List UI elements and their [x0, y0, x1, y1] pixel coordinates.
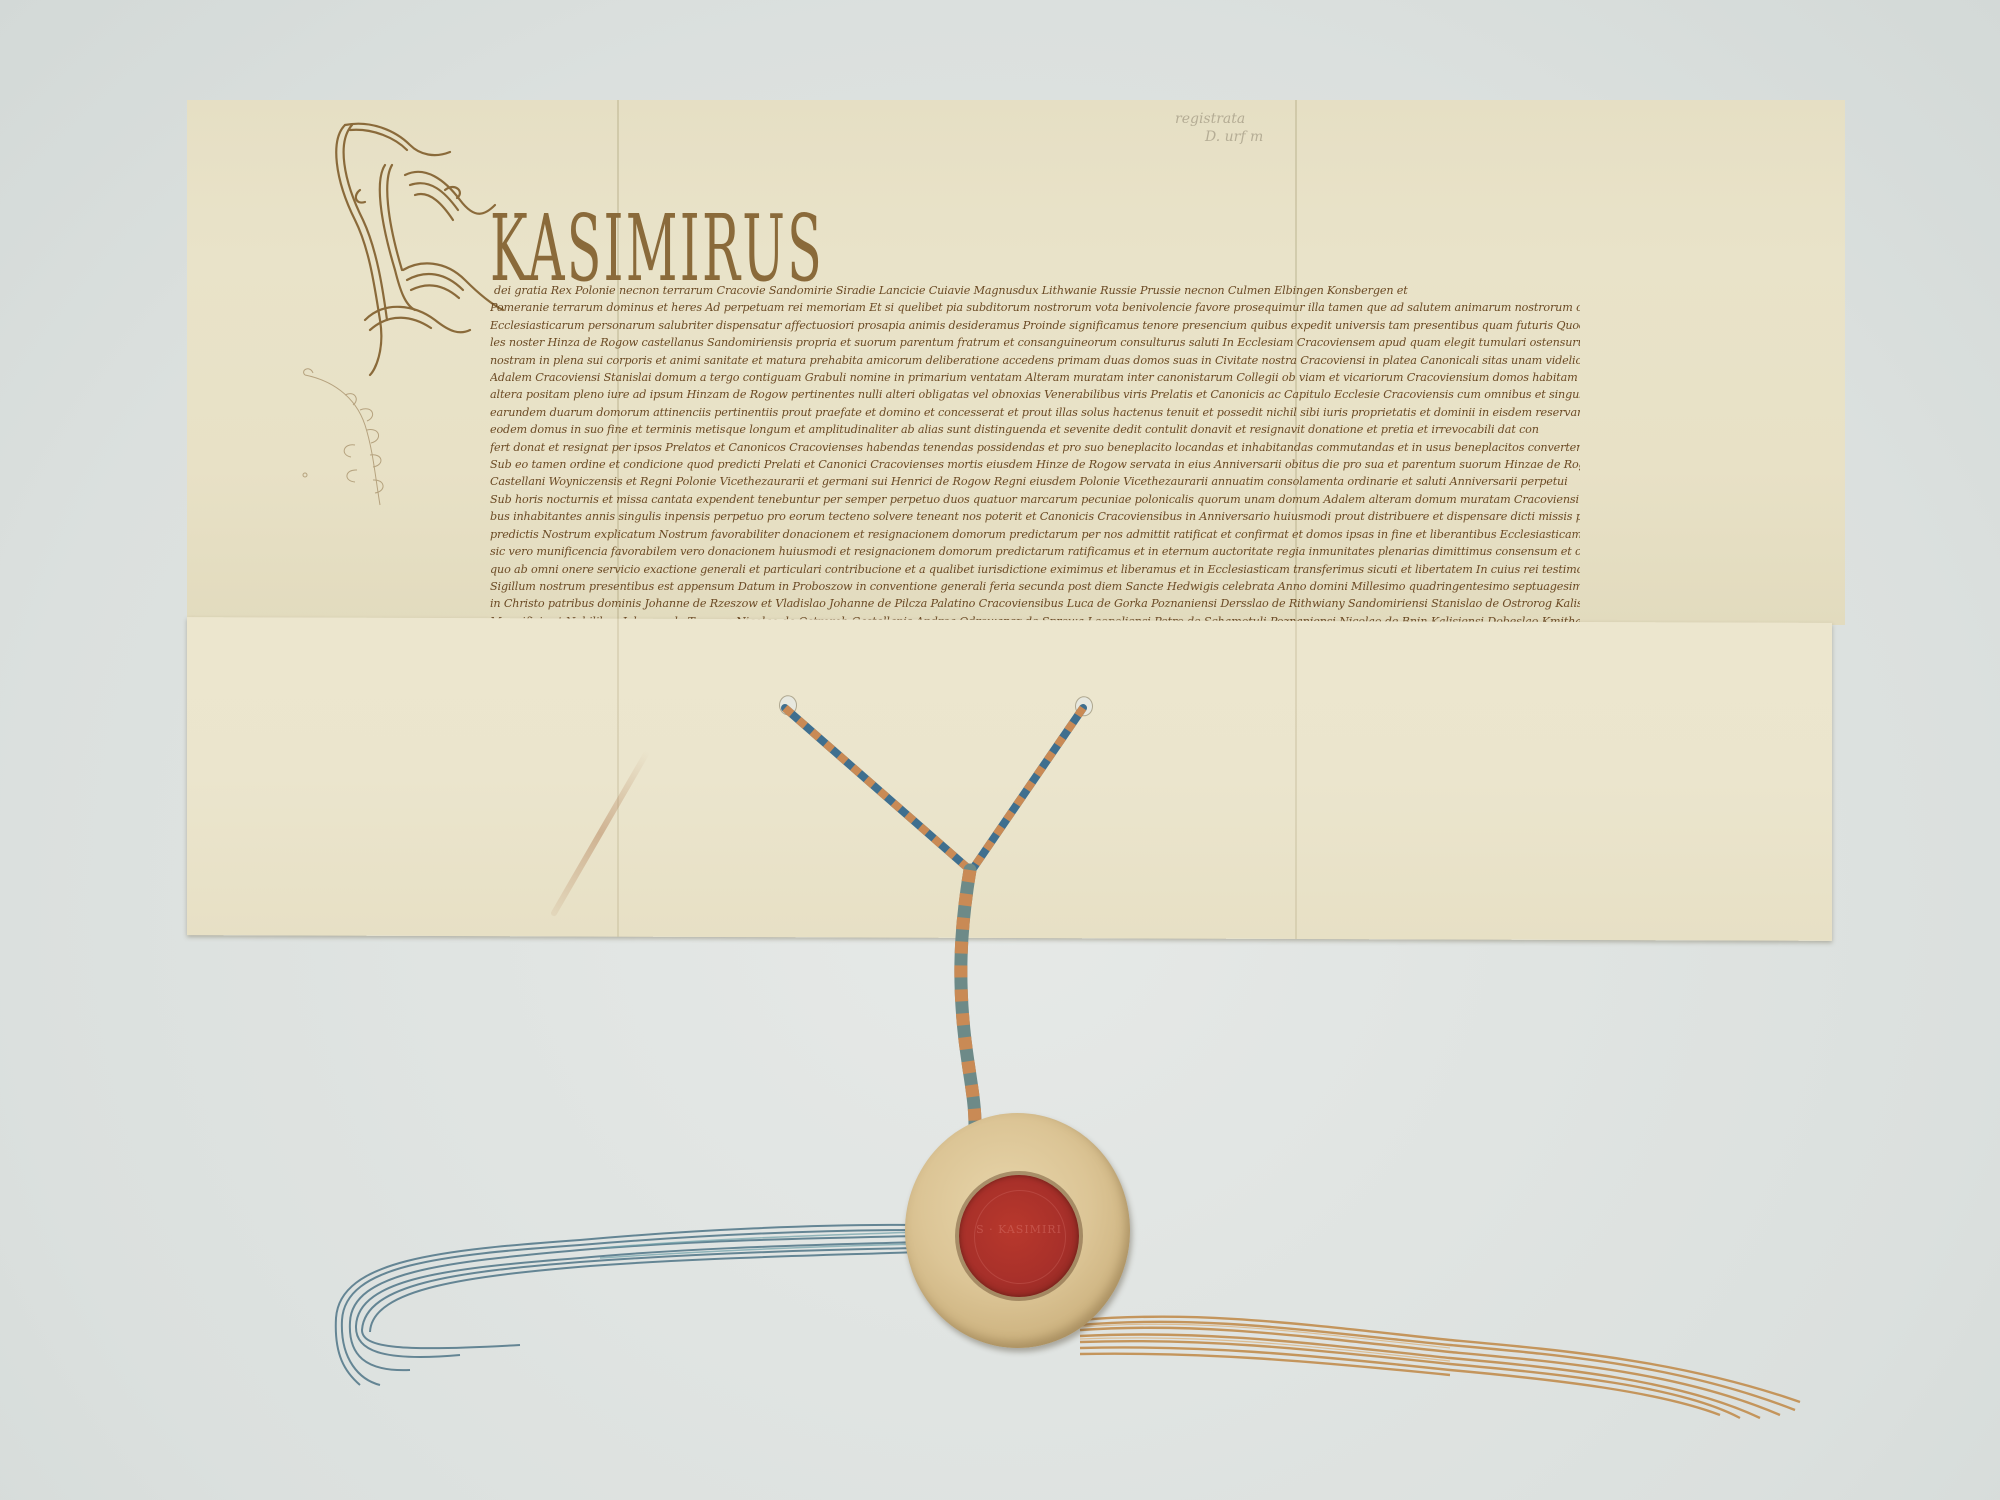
text-line: quo ab omni onere servicio exactione gen…: [490, 561, 1580, 578]
fold-crease: [1295, 621, 1297, 939]
photo-stage: registrata D. urf m: [0, 0, 2000, 1500]
cord-hole: [1075, 696, 1093, 716]
text-line: earundem duarum domorum attinenciis pert…: [490, 404, 1580, 421]
seal-legend: S · KASIMIRI: [959, 1223, 1079, 1236]
text-line: Sub horis nocturnis et missa cantata exp…: [490, 491, 1580, 508]
text-line: dei gratia Rex Polonie necnon terrarum C…: [490, 282, 1580, 299]
text-line: fert donat et resignat per ipsos Prelato…: [490, 439, 1580, 456]
text-line: les noster Hinza de Rogow castellanus Sa…: [490, 334, 1580, 351]
seal-emboss-ring: [974, 1190, 1066, 1284]
text-line: in Christo patribus dominis Johanne de R…: [490, 595, 1580, 612]
wax-seal-cup: S · KASIMIRI: [905, 1113, 1130, 1348]
text-line: bus inhabitantes annis singulis inpensis…: [490, 508, 1580, 525]
endorsement-note: registrata D. urf m: [1175, 110, 1263, 146]
text-line: predictis Nostrum explicatum Nostrum fav…: [490, 526, 1580, 543]
marginal-flourish-icon: [285, 355, 425, 515]
stain-mark: [550, 750, 650, 917]
text-line: altera positam pleno iure ad ipsum Hinza…: [490, 386, 1580, 403]
charter-plica-fold: [187, 617, 1832, 941]
text-line: nostram in plena sui corporis et animi s…: [490, 352, 1580, 369]
text-line: eodem domus in suo fine et terminis meti…: [490, 421, 1580, 438]
text-line: Sub eo tamen ordine et condicione quod p…: [490, 456, 1580, 473]
cord-hole: [779, 695, 797, 715]
text-line: Ecclesiasticarum personarum salubriter d…: [490, 317, 1580, 334]
text-line: sic vero munificencia favorabilem vero d…: [490, 543, 1580, 560]
red-wax-seal: S · KASIMIRI: [959, 1175, 1079, 1297]
fold-crease: [617, 619, 619, 937]
text-line: Castellani Woyniczensis et Regni Polonie…: [490, 473, 1580, 490]
text-line: Sigillum nostrum presentibus est appensu…: [490, 578, 1580, 595]
text-line: Pomeranie terrarum dominus et heres Ad p…: [490, 299, 1580, 316]
text-line: Adalem Cracoviensi Stanislai domum a ter…: [490, 369, 1580, 386]
